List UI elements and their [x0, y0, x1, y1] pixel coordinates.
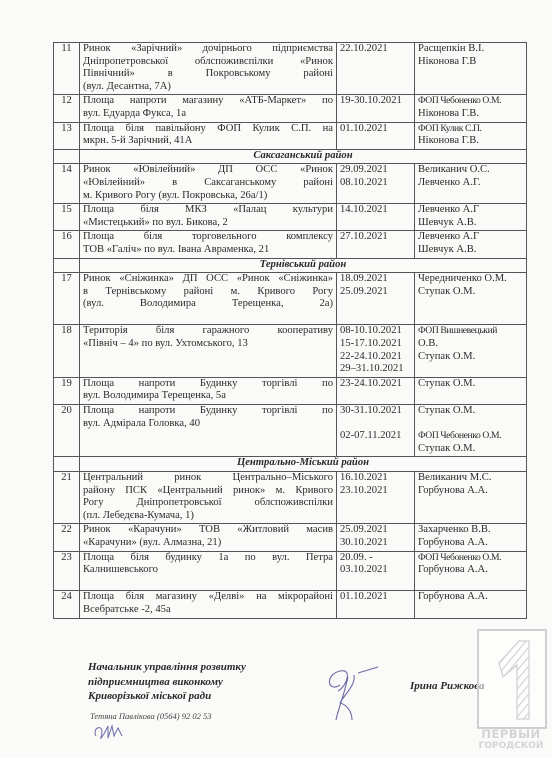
location-line: «Ювілейний» в Саксаганському районі: [83, 177, 333, 190]
responsible-cell: ФОП Чебоненко О.М.Горбунова А.А.: [415, 551, 527, 591]
date-entry: 25.09.2021: [340, 524, 411, 537]
dates-cell: 08-10.10.202115-17.10.202122-24.10.20212…: [337, 325, 415, 377]
date-entry: 22-24.10.2021: [340, 351, 411, 364]
position-line: Криворізької міської ради: [88, 689, 246, 704]
row-number: 14: [54, 164, 80, 204]
date-entry: 29.09.2021: [340, 164, 411, 177]
location-line: району ПСК «Центральний ринок» м. Кривог…: [83, 485, 333, 498]
section-empty-cell: [54, 258, 80, 273]
dates-cell: 30-31.10.2021 02-07.11.2021: [337, 405, 415, 457]
location-cell: Ринок «Ювілейний» ДП ОСС «Ринок«Ювілейни…: [80, 164, 337, 204]
responsible-cell: Левченко А.ГШевчук А.В.: [415, 204, 527, 231]
responsible-person: Ступак О.М.: [418, 405, 523, 418]
row-number: 16: [54, 231, 80, 258]
responsible-person: Левченко А.Г.: [418, 177, 523, 190]
responsible-person: Захарченко В.В.: [418, 524, 523, 537]
table-row: 16Площа біля торговельного комплексуТОВ …: [54, 231, 527, 258]
location-line: (пл. Лебедєва-Кумача, 1): [83, 510, 333, 523]
responsible-person: Шевчук А.В.: [418, 217, 523, 230]
dates-cell: 14.10.2021: [337, 204, 415, 231]
location-line: Площа біля павільйону ФОП Кулик С.П. на: [83, 123, 333, 136]
position-line: Начальник управління розвитку: [88, 660, 246, 675]
date-entry: 30.10.2021: [340, 537, 411, 550]
table-row: 24Площа біля магазину «Делві» на мікрора…: [54, 591, 527, 618]
responsible-person: Чередниченко О.М.: [418, 273, 523, 286]
location-cell: Ринок «Карачуни» ТОВ «Житловий масив«Кар…: [80, 524, 337, 551]
location-cell: Площа біля магазину «Делві» на мікрорайо…: [80, 591, 337, 618]
location-line: Площа напроти Будинку торгівлі по: [83, 378, 333, 391]
date-entry: 01.10.2021: [340, 123, 411, 136]
responsible-person: Горбунова А.А.: [418, 485, 523, 498]
signature-icon: [318, 665, 388, 730]
table-row: 21Центральний ринок Центрально–Міськогор…: [54, 472, 527, 524]
responsible-cell: Расщепкін В.І.Ніконова Г.В: [415, 43, 527, 95]
table-row: 19Площа напроти Будинку торгівлі повул. …: [54, 377, 527, 404]
section-header-row: Тернівський район: [54, 258, 527, 273]
location-line: Площа біля будинку 1а по вул. Петра: [83, 552, 333, 565]
responsible-cell: Великанич М.С.Горбунова А.А.: [415, 472, 527, 524]
responsible-person: Шевчук А.В.: [418, 244, 523, 257]
date-entry: 30-31.10.2021: [340, 405, 411, 418]
responsible-person: Ніконова Г.В: [418, 56, 523, 69]
section-empty-cell: [54, 457, 80, 472]
responsible-person: ФОП Кулик С.П.: [418, 123, 523, 136]
dates-cell: 16.10.202123.10.2021: [337, 472, 415, 524]
location-line: Територія біля гаражного кооперативу: [83, 325, 333, 338]
dates-cell: 19-30.10.2021: [337, 95, 415, 122]
table-row: 22Ринок «Карачуни» ТОВ «Житловий масив«К…: [54, 524, 527, 551]
responsible-person: ФОП Чебоненко О.М.: [418, 95, 523, 108]
logo-one-icon: [477, 629, 547, 729]
row-number: 12: [54, 95, 80, 122]
section-title: Центрально-Міський район: [80, 457, 527, 472]
responsible-person: Горбунова А.А.: [418, 564, 523, 577]
section-header-row: Центрально-Міський район: [54, 457, 527, 472]
responsible-cell: Горбунова А.А.: [415, 591, 527, 618]
row-number: 24: [54, 591, 80, 618]
date-entry: 08-10.10.2021: [340, 325, 411, 338]
responsible-person: Ступак О.М.: [418, 443, 523, 456]
row-number: 23: [54, 551, 80, 591]
location-cell: Центральний ринок Центрально–Міськогорай…: [80, 472, 337, 524]
responsible-person: Ніконова Г.В.: [418, 135, 523, 148]
dates-cell: 01.10.2021: [337, 591, 415, 618]
dates-cell: 25.09.202130.10.2021: [337, 524, 415, 551]
executor-contact: Тетяна Павлікова (0564) 92 02 53: [90, 711, 211, 721]
location-cell: Площа біля МКЗ «Палац культури«Мистецьки…: [80, 204, 337, 231]
row-number: 20: [54, 405, 80, 457]
dates-cell: 18.09.202125.09.2021: [337, 273, 415, 325]
table-row: 18Територія біля гаражного кооперативу«П…: [54, 325, 527, 377]
date-entry: 16.10.2021: [340, 472, 411, 485]
location-cell: Ринок «Зарічний» дочірнього підприємства…: [80, 43, 337, 95]
date-entry: 02-07.11.2021: [340, 430, 411, 443]
location-cell: Територія біля гаражного кооперативу«Пів…: [80, 325, 337, 377]
location-line: «Мистецький» по вул. Бикова, 2: [83, 217, 333, 230]
location-line: [83, 311, 333, 324]
location-line: «Карачуни» (вул. Алмазна, 21): [83, 537, 333, 550]
document-page: 11Ринок «Зарічний» дочірнього підприємст…: [0, 0, 552, 758]
date-entry: 15-17.10.2021: [340, 338, 411, 351]
location-line: Всебратське -2, 45а: [83, 604, 333, 617]
location-line: вул. Адмірала Головка, 40: [83, 418, 333, 431]
table-row: 20Площа напроти Будинку торгівлі повул. …: [54, 405, 527, 457]
responsible-cell: Великанич О.С.Левченко А.Г.: [415, 164, 527, 204]
date-entry: 14.10.2021: [340, 204, 411, 217]
responsible-person: ФОП Вишневецький: [418, 325, 523, 338]
row-number: 13: [54, 122, 80, 149]
markets-schedule-table: 11Ринок «Зарічний» дочірнього підприємст…: [53, 42, 527, 619]
responsible-person: Ступак О.М.: [418, 378, 523, 391]
location-cell: Ринок «Сніжинка» ДП ОСС «Ринок «Сніжинка…: [80, 273, 337, 325]
responsible-person: Ніконова Г.В.: [418, 108, 523, 121]
responsible-person: Левченко А.Г: [418, 231, 523, 244]
row-number: 17: [54, 273, 80, 325]
location-line: Площа біля магазину «Делві» на мікрорайо…: [83, 591, 333, 604]
location-line: Площа біля торговельного комплексу: [83, 231, 333, 244]
row-number: 15: [54, 204, 80, 231]
responsible-person: Великанич О.С.: [418, 164, 523, 177]
date-entry: [340, 418, 411, 431]
table-row: 15Площа біля МКЗ «Палац культури«Мистець…: [54, 204, 527, 231]
dates-cell: 27.10.2021: [337, 231, 415, 258]
dates-cell: 22.10.2021: [337, 43, 415, 95]
table-row: 12Площа напроти магазину «АТБ-Маркет» по…: [54, 95, 527, 122]
date-entry: 01.10.2021: [340, 591, 411, 604]
location-line: Ринок «Зарічний» дочірнього підприємства: [83, 43, 333, 56]
dates-cell: 23-24.10.2021: [337, 377, 415, 404]
location-line: Рогу Дніпропетровської облспоживспілки: [83, 497, 333, 510]
date-entry: 23.10.2021: [340, 485, 411, 498]
location-line: Калнишевського: [83, 564, 333, 577]
location-cell: Площа напроти магазину «АТБ-Маркет» пову…: [80, 95, 337, 122]
responsible-person: Ступак О.М.: [418, 286, 523, 299]
row-number: 18: [54, 325, 80, 377]
location-cell: Площа напроти Будинку торгівлі повул. Ад…: [80, 405, 337, 457]
table-row: 14Ринок «Ювілейний» ДП ОСС «Ринок«Ювілей…: [54, 164, 527, 204]
location-cell: Площа біля павільйону ФОП Кулик С.П. нам…: [80, 122, 337, 149]
location-line: Північний» в Покровському районі: [83, 68, 333, 81]
date-entry: 18.09.2021: [340, 273, 411, 286]
date-entry: 19-30.10.2021: [340, 95, 411, 108]
section-header-row: Саксаганський район: [54, 149, 527, 164]
responsible-person: Левченко А.Г: [418, 204, 523, 217]
location-line: (вул. Десантна, 7А): [83, 81, 333, 94]
location-line: мкрн. 5-й Зарічний, 41А: [83, 135, 333, 148]
location-line: ТОВ «Галіч» по вул. Івана Авраменка, 21: [83, 244, 333, 257]
date-entry: 22.10.2021: [340, 43, 411, 56]
position-line: підприємництва виконкому: [88, 675, 246, 690]
responsible-person: О.В.: [418, 338, 523, 351]
location-line: Дніпропетровської облспоживспілки «Ринок: [83, 56, 333, 69]
date-entry: 23-24.10.2021: [340, 378, 411, 391]
responsible-person: Великанич М.С.: [418, 472, 523, 485]
location-cell: Площа біля торговельного комплексуТОВ «Г…: [80, 231, 337, 258]
location-line: Ринок «Карачуни» ТОВ «Житловий масив: [83, 524, 333, 537]
location-line: Ринок «Сніжинка» ДП ОСС «Ринок «Сніжинка…: [83, 273, 333, 286]
dates-cell: 01.10.2021: [337, 122, 415, 149]
date-entry: 29–31.10.2021: [340, 363, 411, 376]
table-row: 13Площа біля павільйону ФОП Кулик С.П. н…: [54, 122, 527, 149]
responsible-person: Горбунова А.А.: [418, 537, 523, 550]
row-number: 19: [54, 377, 80, 404]
responsible-cell: Захарченко В.В.Горбунова А.А.: [415, 524, 527, 551]
table-row: 17Ринок «Сніжинка» ДП ОСС «Ринок «Сніжин…: [54, 273, 527, 325]
responsible-person: [418, 418, 523, 431]
location-line: Ринок «Ювілейний» ДП ОСС «Ринок: [83, 164, 333, 177]
location-line: вул. Едуарда Фукса, 1а: [83, 108, 333, 121]
dates-cell: 20.09. -03.10.2021: [337, 551, 415, 591]
responsible-cell: ФОП ВишневецькийО.В.Ступак О.М.: [415, 325, 527, 377]
section-title: Тернівський район: [80, 258, 527, 273]
location-line: м. Кривого Рогу (вул. Покровська, 26а/1): [83, 190, 333, 203]
location-line: Центральний ринок Центрально–Міського: [83, 472, 333, 485]
responsible-cell: Ступак О.М.: [415, 377, 527, 404]
watermark-logo: ПЕРВЫЙ ГОРОДСКОЙ: [473, 629, 549, 755]
responsible-cell: Чередниченко О.М.Ступак О.М.: [415, 273, 527, 325]
position-title: Начальник управління розвитку підприємни…: [88, 660, 246, 704]
responsible-cell: ФОП Чебоненко О.М.Ніконова Г.В.: [415, 95, 527, 122]
executor-signature-icon: [92, 722, 126, 749]
location-line: Площа біля МКЗ «Палац культури: [83, 204, 333, 217]
date-entry: 27.10.2021: [340, 231, 411, 244]
responsible-person: ФОП Чебоненко О.М.: [418, 430, 523, 443]
responsible-person: Ступак О.М.: [418, 351, 523, 364]
date-entry: 20.09. -: [340, 552, 411, 565]
responsible-cell: Левченко А.ГШевчук А.В.: [415, 231, 527, 258]
dates-cell: 29.09.202108.10.2021: [337, 164, 415, 204]
row-number: 22: [54, 524, 80, 551]
date-entry: 25.09.2021: [340, 286, 411, 299]
location-line: вул. Володимира Терещенка, 5а: [83, 390, 333, 403]
watermark-text-line1: ПЕРВЫЙ: [473, 727, 549, 741]
location-line: «Північ – 4» по вул. Ухтомського, 13: [83, 338, 333, 351]
responsible-cell: ФОП Кулик С.П.Ніконова Г.В.: [415, 122, 527, 149]
watermark-text-line2: ГОРОДСКОЙ: [473, 741, 549, 751]
location-cell: Площа біля будинку 1а по вул. ПетраКални…: [80, 551, 337, 591]
section-title: Саксаганський район: [80, 149, 527, 164]
location-line: Площа напроти Будинку торгівлі по: [83, 405, 333, 418]
section-empty-cell: [54, 149, 80, 164]
location-line: [83, 577, 333, 590]
location-line: Площа напроти магазину «АТБ-Маркет» по: [83, 95, 333, 108]
row-number: 11: [54, 43, 80, 95]
date-entry: 08.10.2021: [340, 177, 411, 190]
responsible-person: Расщепкін В.І.: [418, 43, 523, 56]
responsible-person: ФОП Чебоненко О.М.: [418, 552, 523, 565]
location-line: (вул. Володимира Терещенка, 2а): [83, 298, 333, 311]
table-row: 11Ринок «Зарічний» дочірнього підприємст…: [54, 43, 527, 95]
responsible-cell: Ступак О.М. ФОП Чебоненко О.М.Ступак О.М…: [415, 405, 527, 457]
location-cell: Площа напроти Будинку торгівлі повул. Во…: [80, 377, 337, 404]
date-entry: 03.10.2021: [340, 564, 411, 577]
row-number: 21: [54, 472, 80, 524]
location-line: в Тернівському районі м. Кривого Рогу: [83, 286, 333, 299]
table-row: 23Площа біля будинку 1а по вул. ПетраКал…: [54, 551, 527, 591]
responsible-person: Горбунова А.А.: [418, 591, 523, 604]
